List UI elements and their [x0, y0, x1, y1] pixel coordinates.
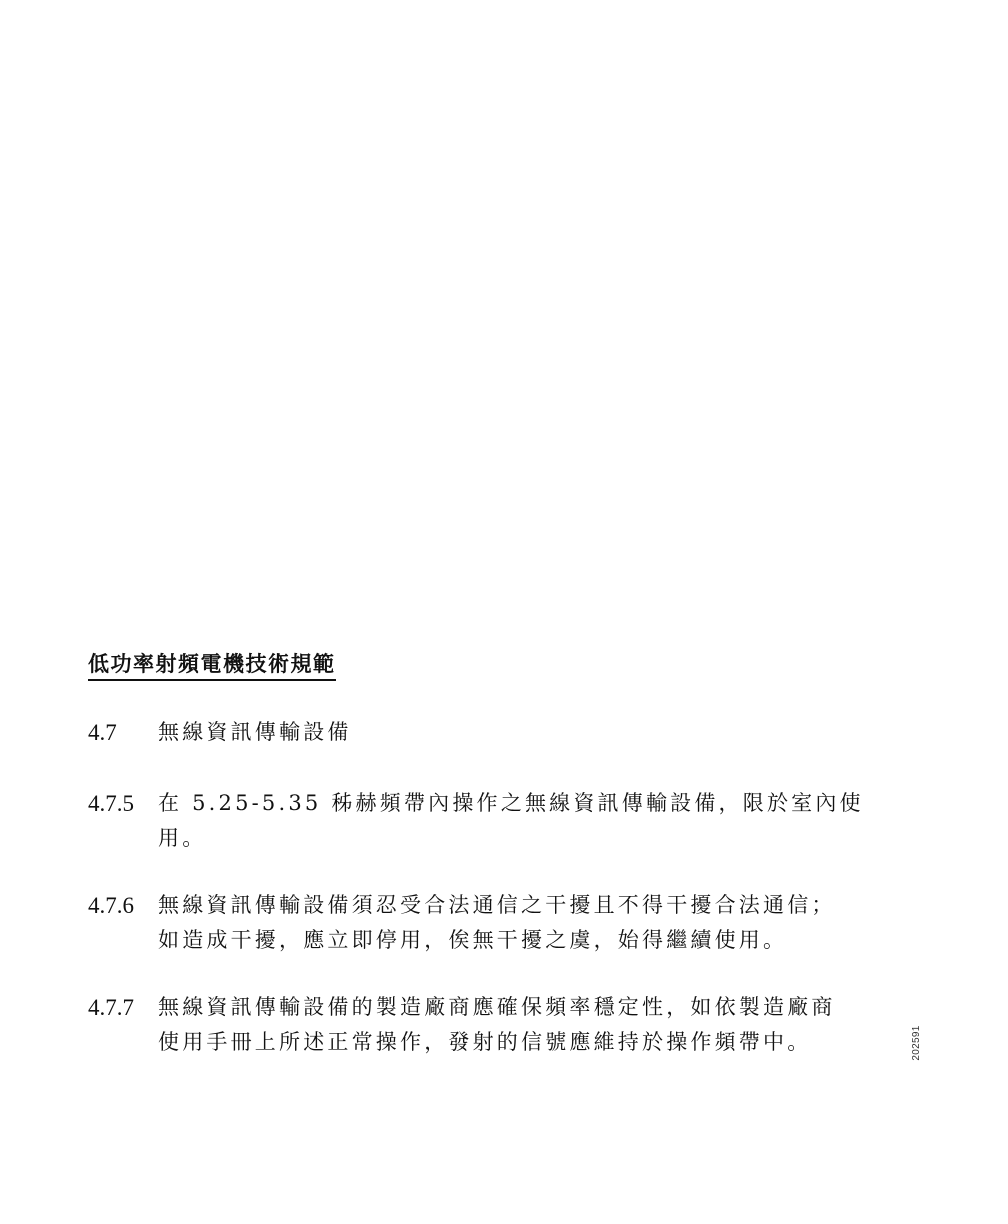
clause-number: 4.7: [88, 715, 158, 750]
clause-text: 無線資訊傳輸設備須忍受合法通信之干擾且不得干擾合法通信； 如造成干擾，應立即停用…: [158, 888, 908, 958]
clause-4-7: 4.7 無線資訊傳輸設備: [88, 715, 908, 750]
clause-number: 4.7.7: [88, 990, 158, 1025]
clause-line: 無線資訊傳輸設備: [158, 715, 908, 750]
figure-id-label: 202591: [910, 1023, 924, 1063]
clause-4-7-6: 4.7.6 無線資訊傳輸設備須忍受合法通信之干擾且不得干擾合法通信； 如造成干擾…: [88, 888, 908, 958]
clause-number: 4.7.5: [88, 786, 158, 821]
clause-line: 在 5.25-5.35 秭赫頻帶內操作之無線資訊傳輸設備，限於室內使: [158, 786, 908, 821]
clause-line: 使用手冊上所述正常操作，發射的信號應維持於操作頻帶中。: [158, 1025, 908, 1060]
clause-text: 在 5.25-5.35 秭赫頻帶內操作之無線資訊傳輸設備，限於室內使 用。: [158, 786, 908, 856]
clause-4-7-5: 4.7.5 在 5.25-5.35 秭赫頻帶內操作之無線資訊傳輸設備，限於室內使…: [88, 786, 908, 856]
clause-line: 無線資訊傳輸設備須忍受合法通信之干擾且不得干擾合法通信；: [158, 888, 908, 923]
clause-4-7-7: 4.7.7 無線資訊傳輸設備的製造廠商應確保頻率穩定性，如依製造廠商 使用手冊上…: [88, 990, 908, 1060]
clause-number: 4.7.6: [88, 888, 158, 923]
document-page: 低功率射頻電機技術規範 4.7 無線資訊傳輸設備 4.7.5 在 5.25-5.…: [0, 0, 1008, 1224]
clause-line: 無線資訊傳輸設備的製造廠商應確保頻率穩定性，如依製造廠商: [158, 990, 908, 1025]
document-title: 低功率射頻電機技術規範: [88, 650, 336, 681]
clause-line: 用。: [158, 821, 908, 856]
clause-text: 無線資訊傳輸設備的製造廠商應確保頻率穩定性，如依製造廠商 使用手冊上所述正常操作…: [158, 990, 908, 1060]
clause-line: 如造成干擾，應立即停用，俟無干擾之虞，始得繼續使用。: [158, 923, 908, 958]
clause-text: 無線資訊傳輸設備: [158, 715, 908, 750]
